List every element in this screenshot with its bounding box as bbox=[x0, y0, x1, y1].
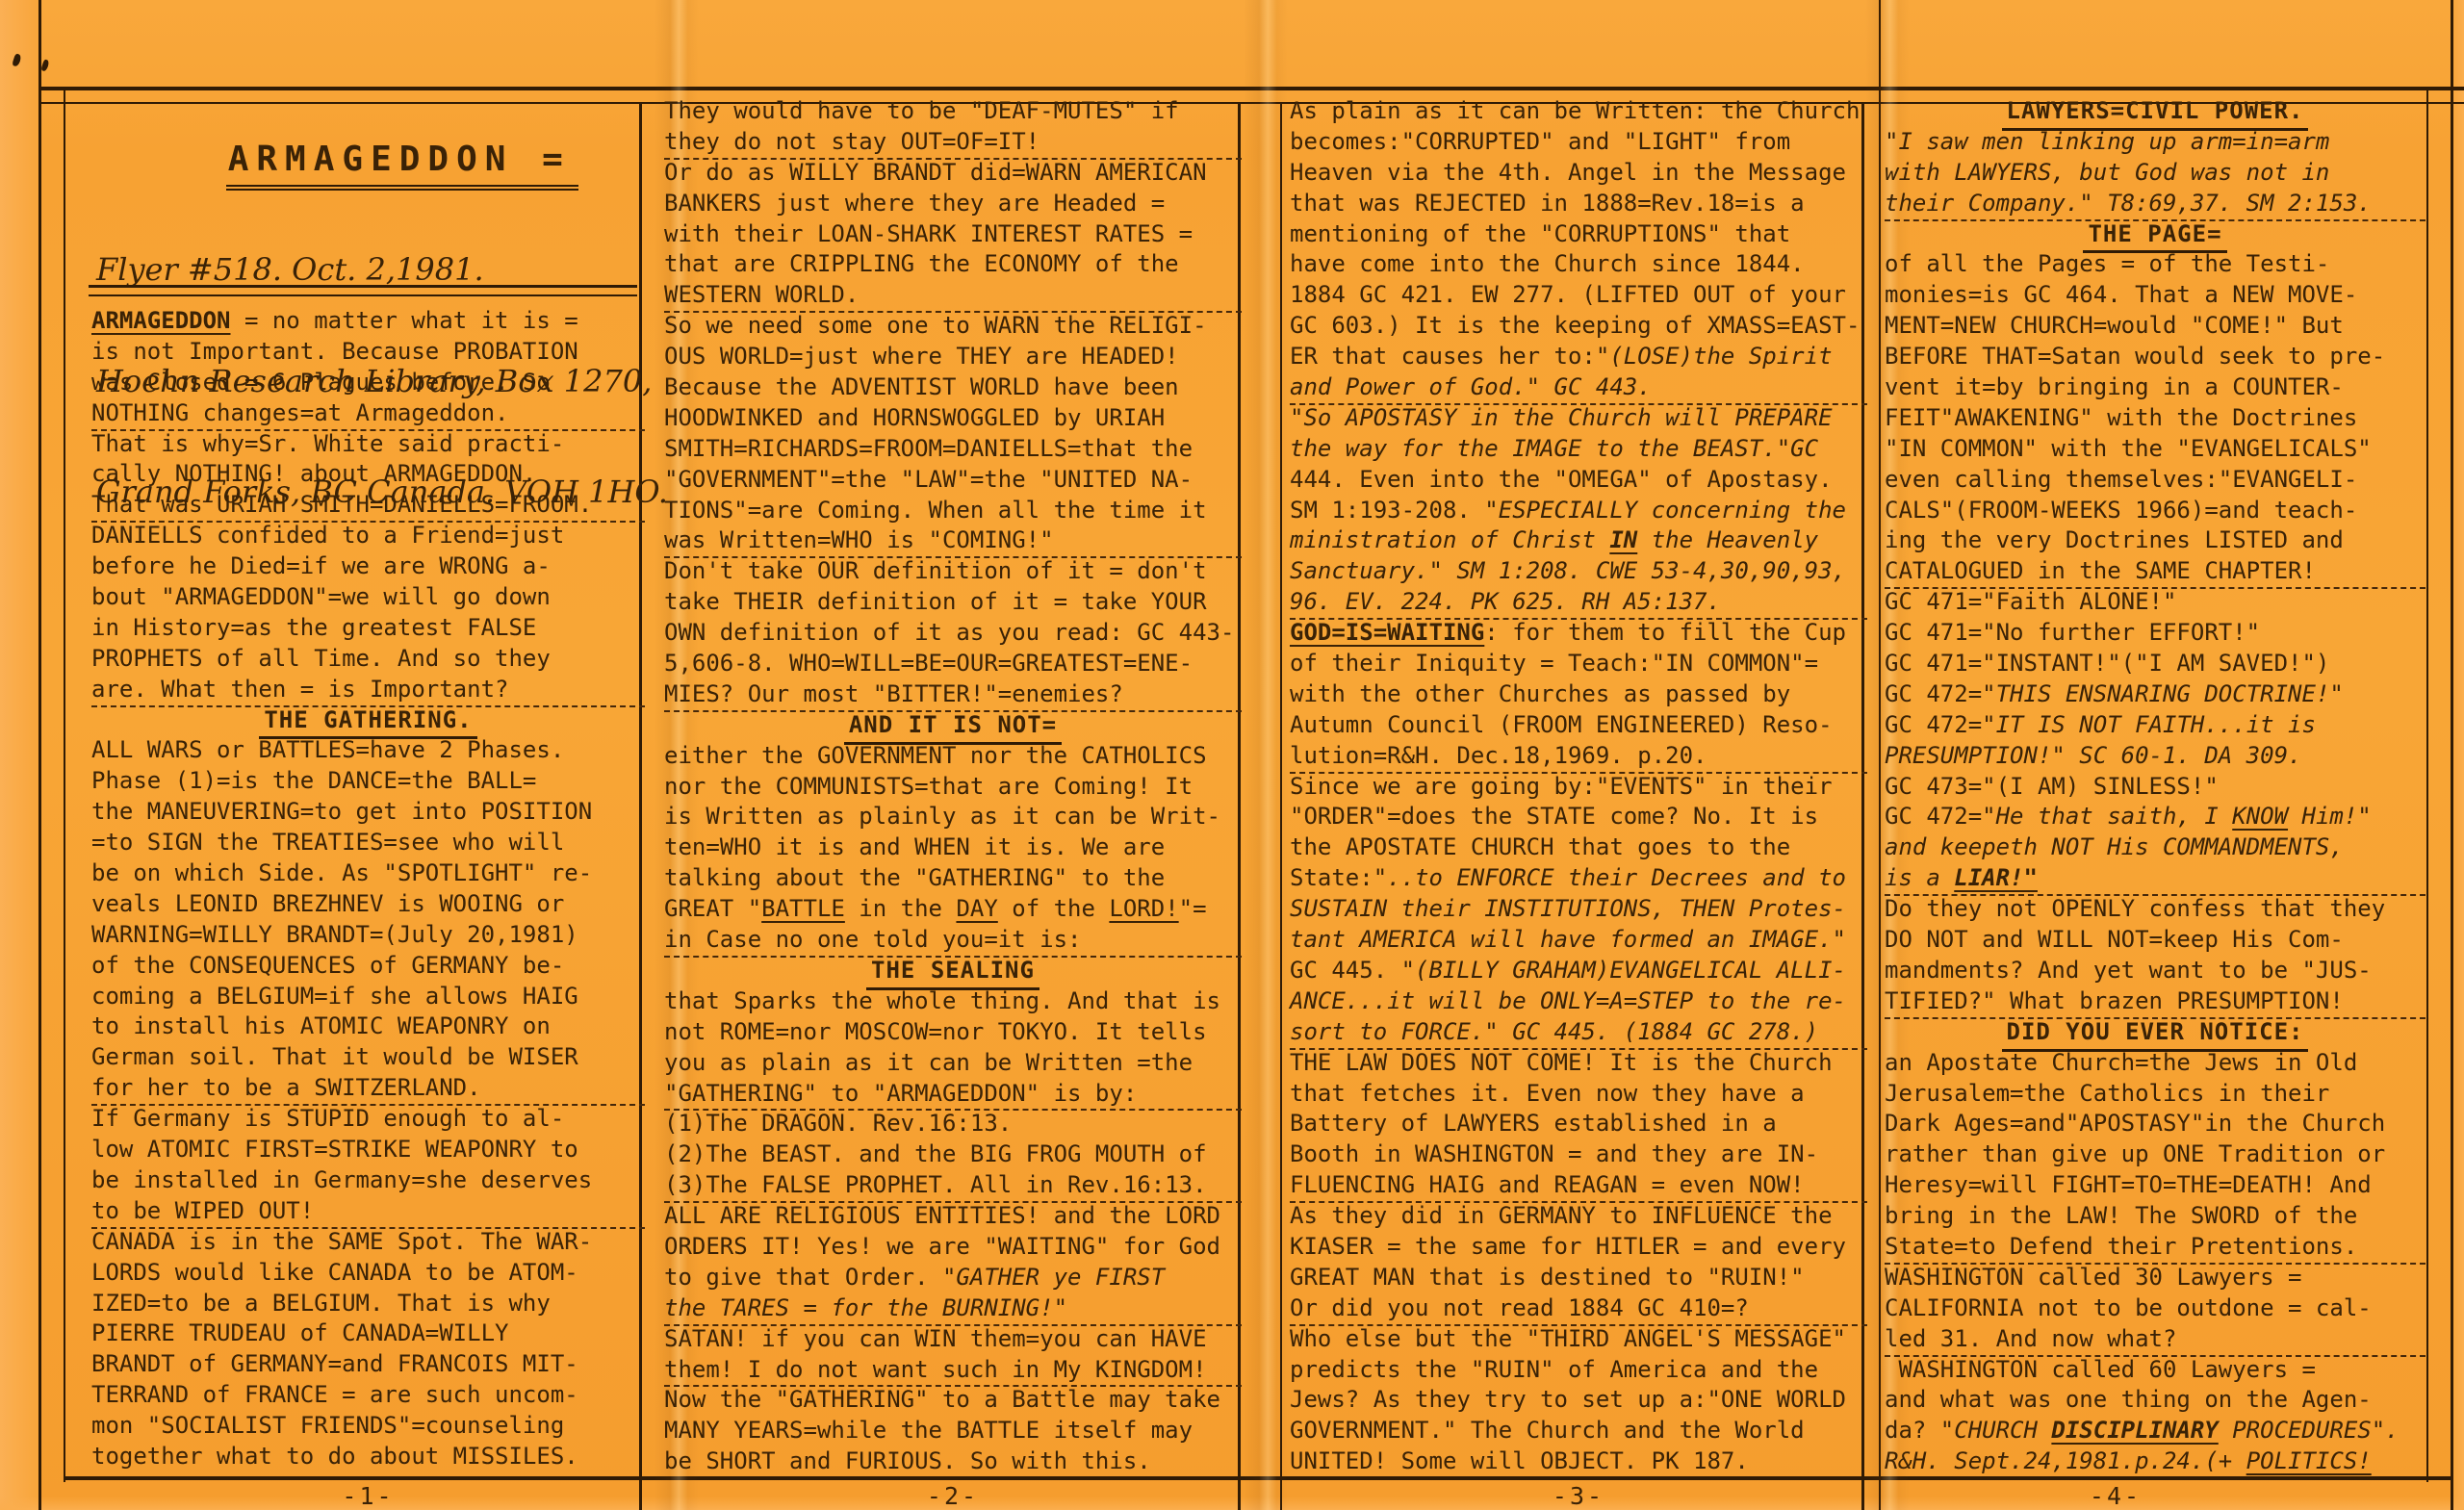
stray-mark bbox=[40, 59, 49, 71]
text-line: to be WIPED OUT! bbox=[91, 1196, 645, 1229]
text-line: be SHORT and FURIOUS. So with this. bbox=[664, 1446, 1242, 1477]
text-line: BEFORE THAT=Satan would seek to pre- bbox=[1885, 342, 2425, 372]
column-4: LAWYERS=CIVIL POWER."I saw men linking u… bbox=[1885, 96, 2425, 1477]
text-line: Autumn Council (FROOM ENGINEERED) Reso- bbox=[1290, 710, 1867, 741]
section-heading: AND IT IS NOT= bbox=[664, 710, 1242, 741]
text-line: Heaven via the 4th. Angel in the Message bbox=[1290, 158, 1867, 189]
column-1: ARMAGEDDON = no matter what it is =is no… bbox=[91, 306, 645, 1472]
text-line: 444. Even into the "OMEGA" of Apostasy. bbox=[1290, 465, 1867, 496]
text-line: They would have to be "DEAF-MUTES" if bbox=[664, 96, 1242, 127]
text-line: BANKERS just where they are Headed = bbox=[664, 189, 1242, 219]
text-line: LORDS would like CANADA to be ATOM- bbox=[91, 1258, 645, 1289]
text-line: UNITED! Some will OBJECT. PK 187. bbox=[1290, 1446, 1867, 1477]
text-line: of their Iniquity = Teach:"IN COMMON"= bbox=[1290, 649, 1867, 679]
column-divider-2b bbox=[1280, 102, 1282, 1510]
text-line: R&H. Sept.24,1981.p.24.(+ POLITICS! bbox=[1885, 1446, 2425, 1477]
text-line: cally NOTHING! about ARMAGEDDON. bbox=[91, 459, 645, 490]
text-line: That was URIAH SMITH=DANIELLS=FROOM. bbox=[91, 490, 645, 523]
text-line: State=to Defend their Pretentions. bbox=[1885, 1232, 2425, 1265]
text-line: Phase (1)=is the DANCE=the BALL= bbox=[91, 766, 645, 797]
text-line: ministration of Christ IN the Heavenly bbox=[1290, 525, 1867, 556]
text-line: GC 471="Faith ALONE!" bbox=[1885, 587, 2425, 618]
text-line: CALS"(FROOM-WEEKS 1966)=and teach- bbox=[1885, 496, 2425, 526]
text-line: GOD=IS=WAITING: for them to fill the Cup bbox=[1290, 618, 1867, 649]
text-line: SUSTAIN their INSTITUTIONS, THEN Protes- bbox=[1290, 894, 1867, 925]
text-line: PROPHETS of all Time. And so they bbox=[91, 644, 645, 675]
text-line: GC 445. "(BILLY GRAHAM)EVANGELICAL ALLI- bbox=[1290, 956, 1867, 986]
text-line: TIONS"=are Coming. When all the time it bbox=[664, 496, 1242, 526]
section-heading: LAWYERS=CIVIL POWER. bbox=[1885, 96, 2425, 127]
page-number-4: -4- bbox=[1885, 1482, 2347, 1510]
text-line: that Sparks the whole thing. And that is bbox=[664, 986, 1242, 1017]
text-line: be installed in Germany=she deserves bbox=[91, 1165, 645, 1196]
text-line: with the other Churches as passed by bbox=[1290, 679, 1867, 710]
text-line: with their LOAN-SHARK INTEREST RATES = bbox=[664, 219, 1242, 250]
text-line: led 31. And now what? bbox=[1885, 1324, 2425, 1357]
text-line: PRESUMPTION!" SC 60-1. DA 309. bbox=[1885, 741, 2425, 772]
text-line: KIASER = the same for HITLER = and every bbox=[1290, 1232, 1867, 1263]
text-line: their Company." T8:69,37. SM 2:153. bbox=[1885, 189, 2425, 221]
text-line: SM 1:193-208. "ESPECIALLY concerning the bbox=[1290, 496, 1867, 526]
text-line: Since we are going by:"EVENTS" in their bbox=[1290, 772, 1867, 803]
text-line: GC 471="INSTANT!"("I AM SAVED!") bbox=[1885, 649, 2425, 679]
text-line: ALL ARE RELIGIOUS ENTITIES! and the LORD bbox=[664, 1201, 1242, 1232]
text-line: OWN definition of it as you read: GC 443… bbox=[664, 618, 1242, 649]
text-line: in History=as the greatest FALSE bbox=[91, 613, 645, 644]
text-line: "So APOSTASY in the Church will PREPARE bbox=[1290, 403, 1867, 434]
text-line: DO NOT and WILL NOT=keep His Com- bbox=[1885, 925, 2425, 956]
masthead-rule-1 bbox=[89, 285, 637, 288]
text-line: talking about the "GATHERING" to the bbox=[664, 863, 1242, 894]
paper-edge-left bbox=[0, 0, 38, 1510]
text-line: be on which Side. As "SPOTLIGHT" re- bbox=[91, 858, 645, 889]
text-line: As they did in GERMANY to INFLUENCE the bbox=[1290, 1201, 1867, 1232]
text-line: either the GOVERNMENT nor the CATHOLICS bbox=[664, 741, 1242, 772]
text-line: GC 472="THIS ENSNARING DOCTRINE!" bbox=[1885, 679, 2425, 710]
text-line: Jerusalem=the Catholics in their bbox=[1885, 1079, 2425, 1110]
text-line: bout "ARMAGEDDON"=we will go down bbox=[91, 582, 645, 613]
section-heading: DID YOU EVER NOTICE: bbox=[1885, 1017, 2425, 1048]
text-line: OUS WORLD=just where THEY are HEADED! bbox=[664, 342, 1242, 372]
text-line: of the CONSEQUENCES of GERMANY be- bbox=[91, 951, 645, 982]
text-line: tant AMERICA will have formed an IMAGE." bbox=[1290, 925, 1867, 956]
text-line: and what was one thing on the Agen- bbox=[1885, 1385, 2425, 1416]
text-line: Jews? As they try to set up a:"ONE WORLD bbox=[1290, 1385, 1867, 1416]
text-line: WESTERN WORLD. bbox=[664, 280, 1242, 313]
text-line: the way for the IMAGE to the BEAST."GC bbox=[1290, 434, 1867, 465]
text-line: have come into the Church since 1844. bbox=[1290, 249, 1867, 280]
text-line: the APOSTATE CHURCH that goes to the bbox=[1290, 832, 1867, 863]
text-line: Don't take OUR definition of it = don't bbox=[664, 556, 1242, 587]
text-line: Booth in WASHINGTON = and they are IN- bbox=[1290, 1139, 1867, 1170]
text-line: together what to do about MISSILES. bbox=[91, 1442, 645, 1472]
text-line: them! I do not want such in My KINGDOM! bbox=[664, 1355, 1242, 1388]
text-line: you as plain as it can be Written =the bbox=[664, 1048, 1242, 1079]
text-line: ER that causes her to:"(LOSE)the Spirit bbox=[1290, 342, 1867, 372]
text-line: (2)The BEAST. and the BIG FROG MOUTH of bbox=[664, 1139, 1242, 1170]
text-line: ten=WHO it is and WHEN it is. We are bbox=[664, 832, 1242, 863]
text-line: GC 603.) It is the keeping of XMASS=EAST… bbox=[1290, 311, 1867, 342]
text-line: predicts the "RUIN" of America and the bbox=[1290, 1355, 1867, 1386]
paper-edge-right bbox=[2452, 0, 2464, 1510]
text-line: MIES? Our most "BITTER!"=enemies? bbox=[664, 679, 1242, 712]
text-line: Heresy=will FIGHT=TO=THE=DEATH! And bbox=[1885, 1170, 2425, 1201]
text-line: before he Died=if we are WRONG a- bbox=[91, 551, 645, 582]
flyer-page: ARMAGEDDON = Flyer #518. Oct. 2,1981. Ho… bbox=[0, 0, 2464, 1510]
text-line: are. What then = is Important? bbox=[91, 675, 645, 707]
text-line: veals LEONID BREZHNEV is WOOING or bbox=[91, 889, 645, 920]
text-line: "GOVERNMENT"=the "LAW"=the "UNITED NA- bbox=[664, 465, 1242, 496]
text-line: CALIFORNIA not to be outdone = cal- bbox=[1885, 1293, 2425, 1324]
page-number-1: -1- bbox=[91, 1482, 645, 1510]
column-2: They would have to be "DEAF-MUTES" ifthe… bbox=[664, 96, 1242, 1477]
text-line: NOTHING changes=at Armageddon. bbox=[91, 398, 645, 431]
left-inner-line bbox=[64, 87, 65, 1482]
text-line: So we need some one to WARN the RELIGI- bbox=[664, 311, 1242, 342]
text-line: 96. EV. 224. PK 625. RH A5:137. bbox=[1290, 587, 1867, 620]
text-line: TIFIED?" What brazen PRESUMPTION! bbox=[1885, 986, 2425, 1019]
text-line: that are CRIPPLING the ECONOMY of the bbox=[664, 249, 1242, 280]
text-line: is a LIAR!" bbox=[1885, 863, 2425, 896]
text-line: was Closed = 6 Plagues before. So bbox=[91, 368, 645, 398]
text-line: FEIT"AWAKENING" with the Doctrines bbox=[1885, 403, 2425, 434]
text-line: Dark Ages=and"APOSTASY"in the Church bbox=[1885, 1109, 2425, 1139]
text-line: "IN COMMON" with the "EVANGELICALS" bbox=[1885, 434, 2425, 465]
text-line: ANCE...it will be ONLY=A=STEP to the re- bbox=[1290, 986, 1867, 1017]
text-line: mandments? And yet want to be "JUS- bbox=[1885, 956, 2425, 986]
text-line: Because the ADVENTIST WORLD have been bbox=[664, 372, 1242, 403]
masthead-rule-2 bbox=[89, 294, 637, 296]
text-line: WASHINGTON called 60 Lawyers = bbox=[1885, 1355, 2425, 1386]
text-line: GC 472="IT IS NOT FAITH...it is bbox=[1885, 710, 2425, 741]
text-line: mon "SOCIALIST FRIENDS"=counseling bbox=[91, 1411, 645, 1442]
text-line: take THEIR definition of it = take YOUR bbox=[664, 587, 1242, 618]
text-line: 5,606-8. WHO=WILL=BE=OUR=GREATEST=ENE- bbox=[664, 649, 1242, 679]
text-line: TERRAND of FRANCE = are such uncom- bbox=[91, 1380, 645, 1411]
text-line: mentioning of the "CORRUPTIONS" that bbox=[1290, 219, 1867, 250]
text-line: Do they not OPENLY confess that they bbox=[1885, 894, 2425, 925]
text-line: that was REJECTED in 1888=Rev.18=is a bbox=[1290, 189, 1867, 219]
text-line: Sanctuary." SM 1:208. CWE 53-4,30,90,93, bbox=[1290, 556, 1867, 587]
text-line: SMITH=RICHARDS=FROOM=DANIELLS=that the bbox=[664, 434, 1242, 465]
section-heading: THE SEALING bbox=[664, 956, 1242, 986]
text-line: bring in the LAW! The SWORD of the bbox=[1885, 1201, 2425, 1232]
text-line: the MANEUVERING=to get into POSITION bbox=[91, 797, 645, 828]
text-line: to install his ATOMIC WEAPONRY on bbox=[91, 1011, 645, 1042]
fold-line bbox=[1879, 0, 1881, 1510]
text-line: is Written as plainly as it can be Writ- bbox=[664, 802, 1242, 832]
text-line: nor the COMMUNISTS=that are Coming! It bbox=[664, 772, 1242, 803]
text-line: of all the Pages = of the Testi- bbox=[1885, 249, 2425, 280]
text-line: FLUENCING HAIG and REAGAN = even NOW! bbox=[1290, 1170, 1867, 1203]
text-line: Battery of LAWYERS established in a bbox=[1290, 1109, 1867, 1139]
text-line: sort to FORCE." GC 445. (1884 GC 278.) bbox=[1290, 1017, 1867, 1050]
right-inner-line bbox=[2426, 87, 2428, 1482]
text-line: That is why=Sr. White said practi- bbox=[91, 429, 645, 460]
text-line: WASHINGTON called 30 Lawyers = bbox=[1885, 1263, 2425, 1293]
text-line: PIERRE TRUDEAU of CANADA=WILLY bbox=[91, 1318, 645, 1349]
text-line: German soil. That it would be WISER bbox=[91, 1042, 645, 1073]
flyer-number-line: Flyer #518. Oct. 2,1981. bbox=[96, 251, 668, 289]
text-line: MANY YEARS=while the BATTLE itself may bbox=[664, 1416, 1242, 1446]
text-line: ing the very Doctrines LISTED and bbox=[1885, 525, 2425, 556]
text-line: GC 471="No further EFFORT!" bbox=[1885, 618, 2425, 649]
text-line: becomes:"CORRUPTED" and "LIGHT" from bbox=[1290, 127, 1867, 158]
text-line: coming a BELGIUM=if she allows HAIG bbox=[91, 982, 645, 1012]
page-number-3: -3- bbox=[1290, 1482, 1867, 1510]
text-line: even calling themselves:"EVANGELI- bbox=[1885, 465, 2425, 496]
section-heading: THE PAGE= bbox=[1885, 219, 2425, 250]
left-border-line bbox=[38, 0, 41, 1510]
text-line: is not Important. Because PROBATION bbox=[91, 337, 645, 368]
text-line: rather than give up ONE Tradition or bbox=[1885, 1139, 2425, 1170]
text-line: GC 473="(I AM) SINLESS!" bbox=[1885, 772, 2425, 803]
text-line: HOODWINKED and HORNSWOGGLED by URIAH bbox=[664, 403, 1242, 434]
text-line: THE LAW DOES NOT COME! It is the Church bbox=[1290, 1048, 1867, 1079]
text-line: "GATHERING" to "ARMAGEDDON" is by: bbox=[664, 1079, 1242, 1112]
text-line: Who else but the "THIRD ANGEL'S MESSAGE" bbox=[1290, 1324, 1867, 1355]
text-line: SATAN! if you can WIN them=you can HAVE bbox=[664, 1324, 1242, 1355]
column-3: As plain as it can be Written: the Churc… bbox=[1290, 96, 1867, 1477]
text-line: da? "CHURCH DISCIPLINARY PROCEDURES". bbox=[1885, 1416, 2425, 1446]
text-line: "I saw men linking up arm=in=arm bbox=[1885, 127, 2425, 158]
text-line: they do not stay OUT=OF=IT! bbox=[664, 127, 1242, 160]
text-line: ORDERS IT! Yes! we are "WAITING" for God bbox=[664, 1232, 1242, 1263]
page-number-2: -2- bbox=[664, 1482, 1242, 1510]
text-line: Now the "GATHERING" to a Battle may take bbox=[664, 1385, 1242, 1416]
text-line: Or did you not read 1884 GC 410=? bbox=[1290, 1293, 1867, 1326]
text-line: to give that Order. "GATHER ye FIRST bbox=[664, 1263, 1242, 1293]
text-line: low ATOMIC FIRST=STRIKE WEAPONRY to bbox=[91, 1135, 645, 1165]
text-line: the TARES = for the BURNING!" bbox=[664, 1293, 1242, 1326]
text-line: (3)The FALSE PROPHET. All in Rev.16:13. bbox=[664, 1170, 1242, 1203]
right-border-line bbox=[2451, 0, 2453, 1510]
text-line: GC 472="He that saith, I KNOW Him!" bbox=[1885, 802, 2425, 832]
text-line: WARNING=WILLY BRANDT=(July 20,1981) bbox=[91, 920, 645, 951]
text-line: Or do as WILLY BRANDT did=WARN AMERICAN bbox=[664, 158, 1242, 189]
text-line: If Germany is STUPID enough to al- bbox=[91, 1104, 645, 1135]
top-rule-1 bbox=[38, 87, 2464, 90]
text-line: As plain as it can be Written: the Churc… bbox=[1290, 96, 1867, 127]
text-line: CATALOGUED in the SAME CHAPTER! bbox=[1885, 556, 2425, 589]
text-line: and Power of God." GC 443. bbox=[1290, 372, 1867, 405]
text-line: not ROME=nor MOSCOW=nor TOKYO. It tells bbox=[664, 1017, 1242, 1048]
text-line: =to SIGN the TREATIES=see who will bbox=[91, 828, 645, 858]
text-line: and keepeth NOT His COMMANDMENTS, bbox=[1885, 832, 2425, 863]
text-line: for her to be a SWITZERLAND. bbox=[91, 1073, 645, 1106]
text-line: (1)The DRAGON. Rev.16:13. bbox=[664, 1109, 1242, 1139]
text-line: DANIELLS confided to a Friend=just bbox=[91, 521, 645, 551]
text-line: 1884 GC 421. EW 277. (LIFTED OUT of your bbox=[1290, 280, 1867, 311]
text-line: vent it=by bringing in a COUNTER- bbox=[1885, 372, 2425, 403]
text-line: MENT=NEW CHURCH=would "COME!" But bbox=[1885, 311, 2425, 342]
text-line: an Apostate Church=the Jews in Old bbox=[1885, 1048, 2425, 1079]
text-line: ARMAGEDDON = no matter what it is = bbox=[91, 306, 645, 337]
text-line: BRANDT of GERMANY=and FRANCOIS MIT- bbox=[91, 1349, 645, 1380]
text-line: State:"..to ENFORCE their Decrees and to bbox=[1290, 863, 1867, 894]
text-line: IZED=to be a BELGIUM. That is why bbox=[91, 1289, 645, 1319]
text-line: with LAWYERS, but God was not in bbox=[1885, 158, 2425, 189]
text-line: was Written=WHO is "COMING!" bbox=[664, 525, 1242, 558]
text-line: that fetches it. Even now they have a bbox=[1290, 1079, 1867, 1110]
text-line: lution=R&H. Dec.18,1969. p.20. bbox=[1290, 741, 1867, 774]
text-line: GREAT MAN that is destined to "RUIN!" bbox=[1290, 1263, 1867, 1293]
text-line: "ORDER"=does the STATE come? No. It is bbox=[1290, 802, 1867, 832]
text-line: monies=is GC 464. That a NEW MOVE- bbox=[1885, 280, 2425, 311]
text-line: ALL WARS or BATTLES=have 2 Phases. bbox=[91, 735, 645, 766]
section-heading: THE GATHERING. bbox=[91, 705, 645, 736]
text-line: GOVERNMENT." The Church and the World bbox=[1290, 1416, 1867, 1446]
text-line: CANADA is in the SAME Spot. The WAR- bbox=[91, 1227, 645, 1258]
text-line: GREAT "BATTLE in the DAY of the LORD!"= bbox=[664, 894, 1242, 925]
text-line: in Case no one told you=it is: bbox=[664, 925, 1242, 958]
